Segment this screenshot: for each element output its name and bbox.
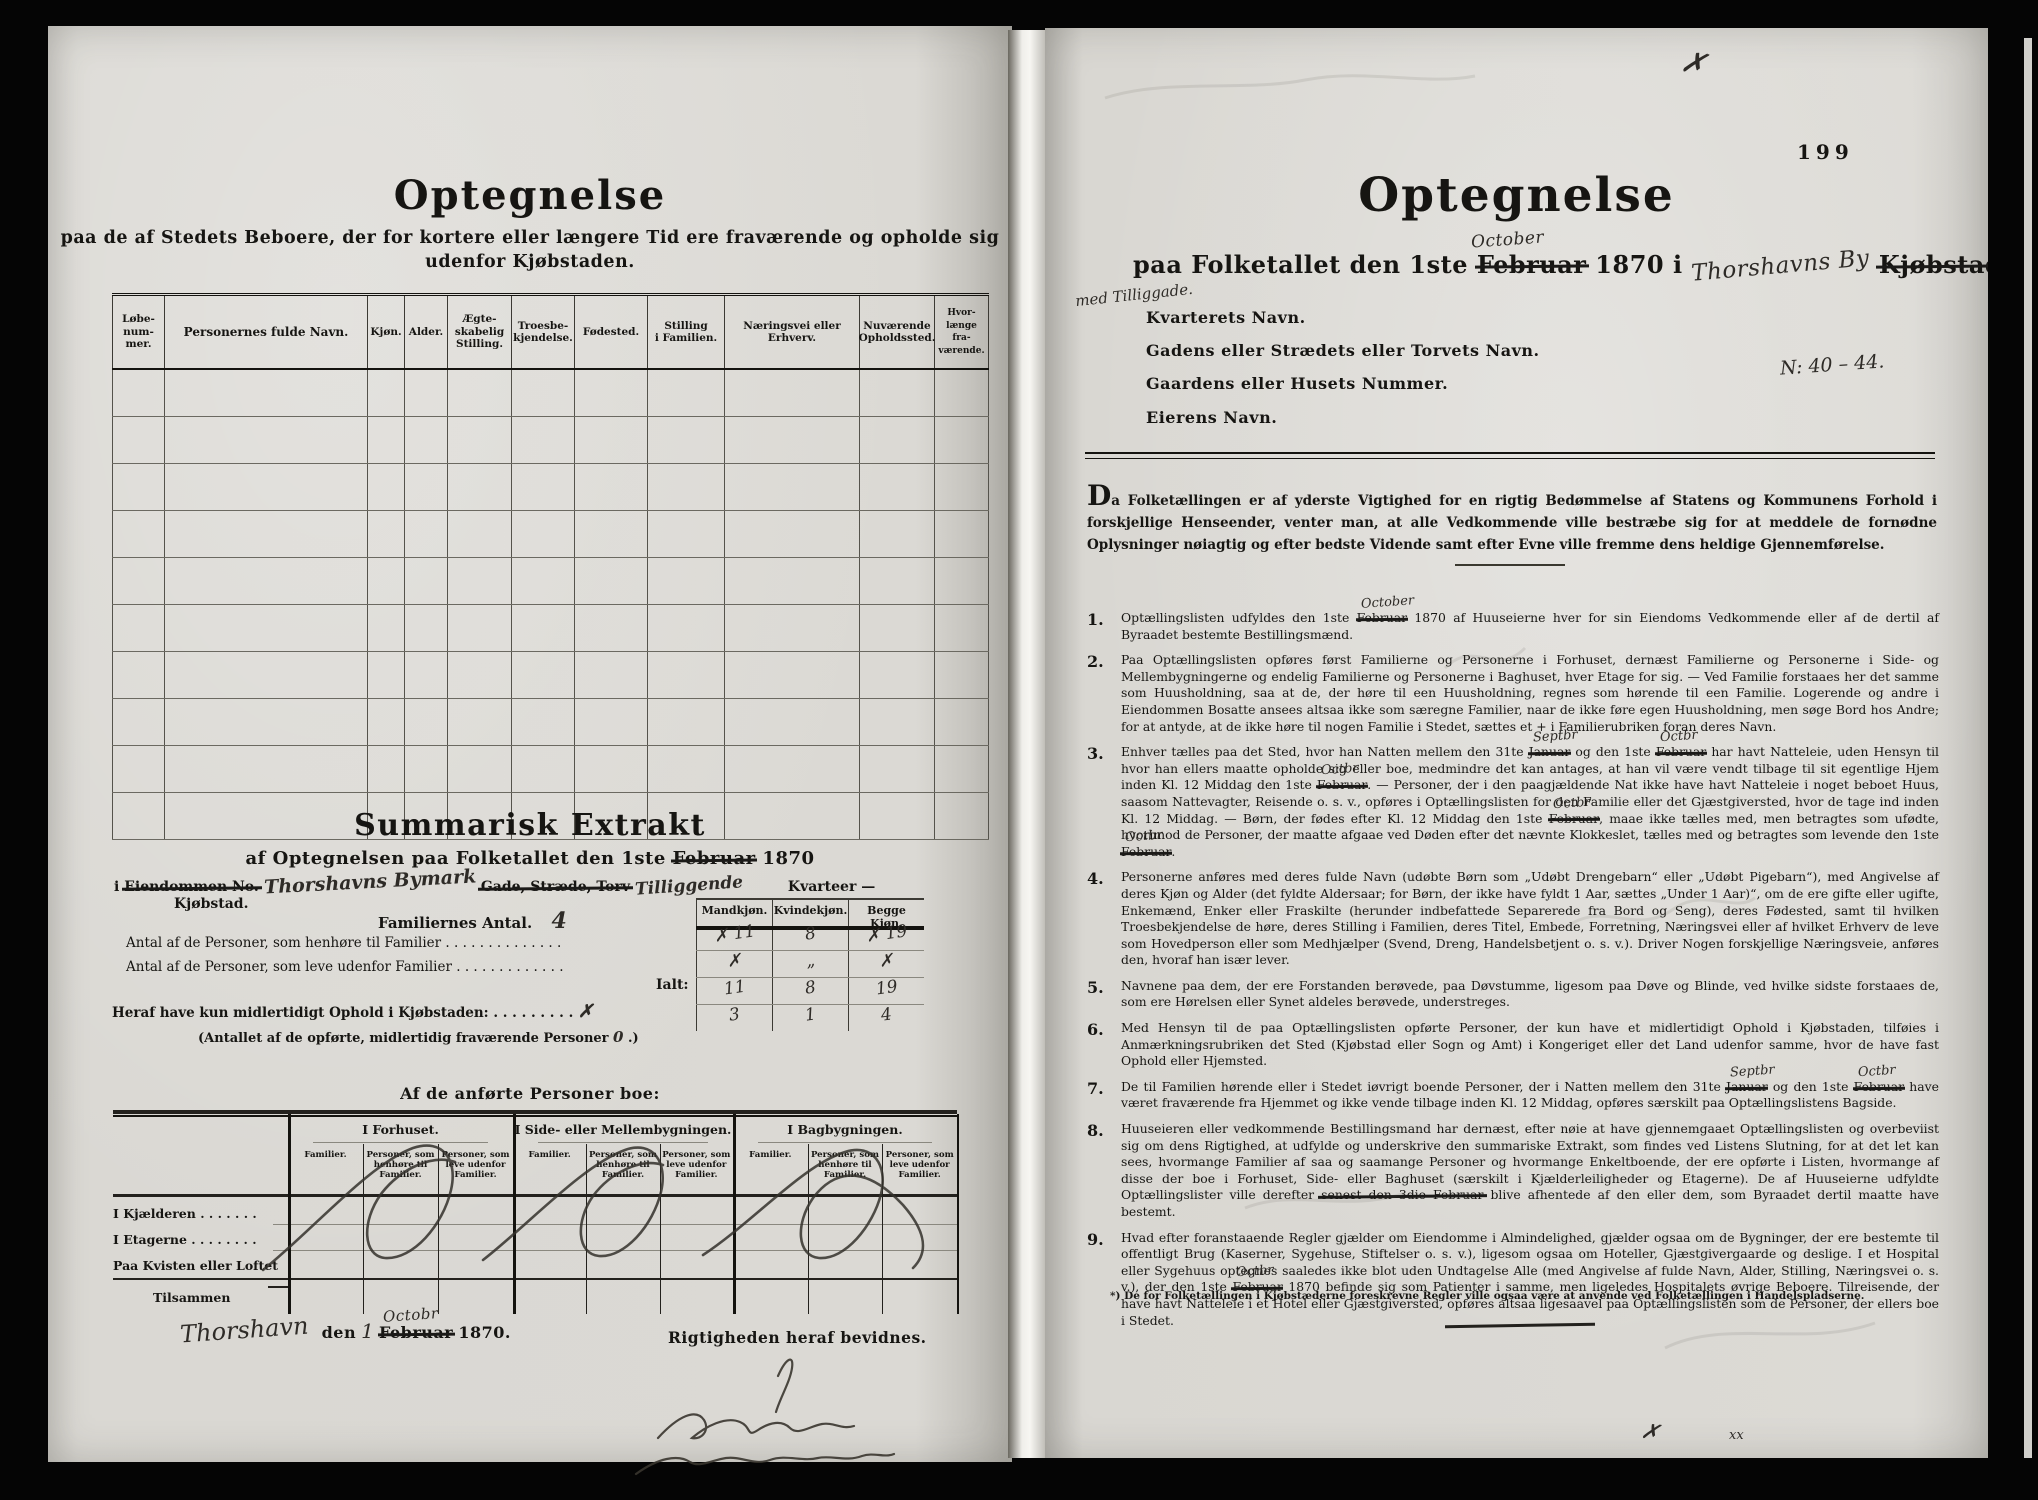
intro-paragraph: Da Folketællingen er af yderste Vigtighe… [1087,486,1937,556]
absence-col-header: Personernes fulde Navn. [165,296,368,368]
instruction-item: 9.Hvad efter foranstaaende Regler gjælde… [1087,1230,1939,1330]
absence-empty-cell [935,746,989,792]
absence-empty-cell [512,464,575,510]
handwritten-correction: Septbr [1532,728,1578,748]
absence-col-header: Kjøn. [368,296,405,368]
instruction-text: Personerne anføres med deres fulde Navn … [1121,869,1939,969]
absence-empty-cell [725,746,860,792]
absence-empty-cell [405,699,448,745]
attest-label: Rigtigheden heraf bevidnes. [668,1328,927,1347]
familiernes-antal-label: Familiernes Antal. [378,914,532,932]
instruction-number: 2. [1087,652,1121,735]
mini-handwritten-value: ✗ 19 [865,921,909,947]
field-eierens-navn: Eierens Navn. [1146,408,1277,427]
absence-empty-cell [112,699,165,745]
heraf-text: Heraf have kun midlertidigt Ophold i Kjø… [112,1005,573,1021]
absence-empty-cell [165,511,368,557]
absence-empty-cell [935,417,989,463]
residence-row-tilsammen: Tilsammen [153,1290,230,1305]
absence-empty-cell [648,464,725,510]
absence-empty-cell [860,652,935,698]
mini-handwritten-value: „ [805,950,817,971]
absence-empty-cell [405,746,448,792]
absence-empty-cell [648,511,725,557]
absence-empty-cell [860,558,935,604]
absence-col-header: Løbe- num- mer. [112,296,165,368]
signoff-year: 1870. [458,1323,511,1342]
absence-empty-cell [112,652,165,698]
struck-word: FebruarOctbr [1549,811,1599,826]
instruction-number: 5. [1087,978,1121,1011]
residence-subcol-header: Personer, som leve udenfor Familier. [882,1150,957,1180]
mini-handwritten-value: 4 [880,1004,894,1025]
loc-struck-gade: Gade, Stræde, Torv [481,879,630,895]
absence-empty-cell [405,464,448,510]
absence-empty-cell [725,370,860,416]
right-sub-struck-month: FebruarOctober [1477,250,1587,279]
absence-empty-cell [725,605,860,651]
absence-empty-cell [648,605,725,651]
handwritten-correction: Octbr [1552,794,1591,813]
instruction-item: 3.Enhver tælles paa det Sted, hvor han N… [1087,744,1939,860]
absence-empty-row [112,699,989,746]
instruction-number: 8. [1087,1121,1121,1221]
extract-heading: Summarisk Extrakt [48,808,1012,843]
absence-empty-cell [512,652,575,698]
handwritten-correction: Octbr [1236,1263,1275,1282]
absence-empty-cell [860,699,935,745]
absence-empty-cell [860,746,935,792]
absence-empty-cell [575,652,648,698]
right-page: ✗ 199 Optegnelse paa Folketallet den 1st… [1045,28,1988,1458]
page-number: 199 [1797,140,1854,164]
field-gadens-navn: Gadens eller Strædets eller Torvets Navn… [1146,341,1540,360]
left-page-title: Optegnelse [48,172,1012,219]
mini-value-cell: ✗ [696,951,772,977]
absence-col-header: Næringsvei eller Erhverv. [725,296,860,368]
absence-table: Løbe- num- mer.Personernes fulde Navn.Kj… [112,293,989,840]
absence-empty-cell [575,699,648,745]
instruction-text: Paa Optællingslisten opføres først Famil… [1121,652,1939,735]
absence-empty-cell [575,417,648,463]
instruction-item: 5.Navnene paa dem, der ere Forstanden be… [1087,978,1939,1011]
absence-empty-cell [368,558,405,604]
instruction-text: Hvad efter foranstaaende Regler gjælder … [1121,1230,1939,1330]
mini-value-row: ✗„✗ [696,951,924,978]
field-gaardens-nummer: Gaardens eller Husets Nummer. [1146,374,1448,393]
instruction-item: 8.Huuseieren eller vedkommende Bestillin… [1087,1121,1939,1221]
absence-empty-cell [860,605,935,651]
extract-note: (Antallet af de opførte, midlertidig fra… [198,1028,639,1046]
mini-col-header: Mandkjøn. [696,898,772,924]
handwritten-correction: Octbr [1857,1063,1896,1082]
residence-subcol-header: Personer, som leve udenfor Familier. [438,1150,513,1180]
handwritten-correction: Octbr [1659,728,1698,747]
absence-table-header: Løbe- num- mer.Personernes fulde Navn.Kj… [112,296,989,370]
heraf-handwritten-mark: ✗ [578,1001,593,1022]
footnote: *) De for Folketællingen i Kjøbstæderne … [1110,1290,1910,1302]
instruction-item: 6.Med Hensyn til de paa Optællingslisten… [1087,1020,1939,1070]
struck-word: JanuarSeptbr [1529,744,1571,759]
loc-handwritten-tilliggende: Tilliggende [634,872,743,899]
mini-handwritten-value: 11 [722,977,746,1000]
absence-empty-cell [725,652,860,698]
absence-empty-cell [935,699,989,745]
extract-sub-struck-month: Februar [673,848,756,869]
absence-empty-cell [512,558,575,604]
group-bagbygning: I Bagbygningen. [733,1122,957,1137]
absence-empty-cell [405,652,448,698]
left-subtitle-line1: paa de af Stedets Beboere, der for korte… [48,228,1012,248]
absence-empty-cell [725,511,860,557]
absence-empty-cell [448,558,512,604]
instruction-text: Huuseieren eller vedkommende Bestillings… [1121,1121,1939,1221]
absence-empty-cell [368,370,405,416]
absence-empty-cell [512,605,575,651]
struck-word: FebruarOctober [1357,610,1407,625]
mini-handwritten-value: ✗ [878,950,895,972]
instruction-list: 1.Optællingslisten udfyldes den 1ste Feb… [1087,610,1939,1338]
summary-mini-table: Mandkjøn.Kvindekjøn.Begge Kjøn. ✗ 118✗ 1… [696,898,924,1038]
absence-empty-cell [725,417,860,463]
absence-empty-cell [448,746,512,792]
absence-empty-cell [112,417,165,463]
handwritten-med-tilliggade: med Tilliggade. [1074,280,1193,310]
residence-subcol-header: Personer, som leve udenfor Familier. [660,1150,733,1180]
mini-value-row: 314 [696,1005,924,1031]
absence-empty-row [112,464,989,511]
instruction-number: 6. [1087,1020,1121,1070]
loc-kvarteer: Kvarteer — [788,879,875,895]
absence-empty-cell [448,511,512,557]
absence-empty-row [112,605,989,652]
left-page: Optegnelse paa de af Stedets Beboere, de… [48,26,1012,1462]
absence-empty-row [112,652,989,699]
absence-empty-cell [648,699,725,745]
next-page-edge [2024,38,2032,1458]
absence-empty-row [112,746,989,793]
mini-value-row: 11819 [696,978,924,1005]
right-sub-pre: paa Folketallet den 1ste [1133,250,1477,279]
mini-value-cell: 19 [848,978,924,1004]
absence-empty-cell [448,699,512,745]
scanned-census-spread: Optegnelse paa de af Stedets Beboere, de… [0,0,2038,1500]
signoff-day-handwritten: 1 [361,1319,374,1343]
extract-row1-label: Antal af de Personer, som henhøre til Fa… [126,935,561,951]
note-handwritten-zero: 0 [613,1028,623,1046]
right-sub-handwritten-month: October [1470,227,1544,252]
residence-subcol-header: Personer, som henhøre til Familier. [363,1150,438,1180]
absence-empty-cell [860,370,935,416]
right-sub-handwritten-place: Thorshavns By [1691,245,1871,286]
section-divider [1455,564,1565,566]
residence-subcol-header: Personer, som henhøre til Familier. [586,1150,659,1180]
handwritten-correction: Octbr [1124,827,1163,846]
loc-handwritten-place: Thorshavns Bymark [263,865,476,898]
absence-empty-cell [405,417,448,463]
instruction-number: 4. [1087,869,1121,969]
absence-empty-cell [112,511,165,557]
instruction-text: Optællingslisten udfyldes den 1ste Febru… [1121,610,1939,643]
instruction-text: Med Hensyn til de paa Optællingslisten o… [1121,1020,1939,1070]
extract-ialt-label: Ialt: [656,977,689,993]
absence-empty-cell [575,511,648,557]
familiernes-antal-value-handwritten: 4 [551,908,566,934]
struck-word: JanuarSeptbr [1726,1079,1768,1094]
signoff-line: Thorshavn den 1 FebruarOctobr 1870. [180,1316,511,1344]
absence-empty-cell [648,370,725,416]
mini-value-cell: 1 [772,1005,848,1031]
struck-word: FebruarOctbr [1317,777,1367,792]
absence-empty-cell [368,511,405,557]
intro-dropcap: D [1087,479,1111,512]
mini-table-header: Mandkjøn.Kvindekjøn.Begge Kjøn. [696,898,924,924]
absence-empty-cell [165,652,368,698]
residence-row-kvisten: Paa Kvisten eller Loftet [113,1258,278,1273]
instruction-number: 7. [1087,1079,1121,1112]
mini-value-cell: 3 [696,1005,772,1031]
absence-empty-cell [512,746,575,792]
handwritten-correction: Septbr [1729,1062,1775,1082]
absence-empty-cell [165,605,368,651]
instruction-number: 1. [1087,610,1121,643]
absence-empty-cell [648,417,725,463]
mini-handwritten-value: 1 [804,1004,818,1025]
absence-empty-cell [448,417,512,463]
absence-empty-cell [165,370,368,416]
field-kvarterets-navn: Kvarterets Navn. [1146,308,1306,327]
absence-empty-cell [512,511,575,557]
absence-empty-cell [935,605,989,651]
absence-empty-cell [165,417,368,463]
instruction-text: Navnene paa dem, der ere Forstanden berø… [1121,978,1939,1011]
absence-empty-cell [935,558,989,604]
absence-col-header: Fødested. [575,296,648,368]
absence-empty-cell [112,370,165,416]
struck-word: senest den 3die Februar [1321,1187,1483,1202]
instruction-item: 1.Optællingslisten udfyldes den 1ste Feb… [1087,610,1939,643]
instruction-text: De til Familien hørende eller i Stedet i… [1121,1079,1939,1112]
absence-empty-cell [935,370,989,416]
struck-word: FebruarOctbr [1121,844,1171,859]
absence-empty-cell [165,746,368,792]
absence-empty-cell [112,605,165,651]
absence-col-header: Stilling i Familien. [648,296,725,368]
handwritten-house-number: N: 40 – 44. [1779,350,1885,379]
mini-table-values: ✗ 118✗ 19✗„✗11819314 [696,924,924,1031]
signoff-month-struck: FebruarOctobr [379,1323,453,1342]
absence-empty-cell [405,370,448,416]
absence-empty-cell [368,417,405,463]
absence-col-header: Nuværende Opholdssted. [860,296,935,368]
absence-empty-row [112,558,989,605]
mini-value-cell: „ [772,951,848,977]
absence-empty-cell [165,558,368,604]
absence-empty-cell [860,511,935,557]
residence-subcol-header: Personer, som henhøre til Familier. [808,1150,883,1180]
absence-empty-cell [448,652,512,698]
absence-empty-cell [368,746,405,792]
mini-handwritten-value: 3 [728,1004,742,1025]
mini-col-header: Kvindekjøn. [772,898,848,924]
extract-heraf-label: Heraf have kun midlertidigt Ophold i Kjø… [112,1001,593,1022]
absence-empty-cell [575,605,648,651]
instruction-item: 2.Paa Optællingslisten opføres først Fam… [1087,652,1939,735]
extract-subheading: af Optegnelsen paa Folketallet den 1ste … [48,848,1012,869]
residence-subcol-header: Familier. [733,1150,808,1160]
absence-empty-cell [405,511,448,557]
handwritten-xx-bottom: xx [1729,1428,1744,1443]
left-subtitle-line2: udenfor Kjøbstaden. [48,252,1012,272]
handwritten-correction: October [1360,593,1414,613]
absence-empty-cell [935,652,989,698]
absence-empty-cell [112,558,165,604]
absence-empty-row [112,511,989,558]
absence-empty-cell [935,464,989,510]
handwritten-x-top: ✗ [1678,44,1710,83]
signoff-den: den [322,1323,357,1342]
absence-empty-cell [448,605,512,651]
mini-value-cell: 4 [848,1005,924,1031]
residence-row-kjaelderen: I Kjælderen . . . . . . . [113,1206,257,1221]
double-rule [1085,452,1935,459]
instruction-number: 3. [1087,744,1121,860]
mini-value-cell: ✗ [848,951,924,977]
absence-empty-cell [112,464,165,510]
instruction-text: Enhver tælles paa det Sted, hvor han Nat… [1121,744,1939,860]
absence-empty-cell [368,652,405,698]
note-pre: (Antallet af de opførte, midlertidig fra… [198,1031,613,1046]
absence-empty-cell [368,605,405,651]
mini-value-cell: 11 [696,978,772,1004]
residence-row-etagerne: I Etagerne . . . . . . . . [113,1232,257,1247]
mini-value-cell: 8 [772,978,848,1004]
group-forhuset: I Forhuset. [288,1122,513,1137]
instruction-item: 7.De til Familien hørende eller i Stedet… [1087,1079,1939,1112]
absence-empty-cell [725,464,860,510]
signoff-month-handwritten: Octobr [382,1304,439,1326]
signoff-place-handwritten: Thorshavn [179,1312,309,1349]
absence-col-header: Alder. [405,296,448,368]
absence-empty-cell [935,511,989,557]
group-sidebygning: I Side- eller Mellembygningen. [513,1122,733,1137]
note-post: .) [623,1031,638,1046]
handwritten-x-bottom: ✗ [1639,1419,1661,1447]
absence-empty-cell [725,558,860,604]
loc-kjobstad: Kjøbstad. [174,896,248,912]
handwritten-correction: Octbr [1320,761,1359,780]
residence-subcol-header: Familier. [513,1150,586,1160]
absence-col-header: Hvor- længe fra- værende. [935,296,989,368]
book-fore-edge [1008,30,1048,1458]
mini-value-row: ✗ 118✗ 19 [696,924,924,951]
instruction-number: 9. [1087,1230,1121,1330]
absence-empty-cell [405,605,448,651]
absence-empty-cell [165,699,368,745]
absence-empty-cell [368,464,405,510]
absence-col-header: Ægte- skabelig Stilling. [448,296,512,368]
absence-col-header: Troesbe- kjendelse. [512,296,575,368]
right-sub-mid: 1870 i [1586,250,1691,279]
absence-empty-cell [165,464,368,510]
absence-empty-cell [860,417,935,463]
absence-empty-cell [405,558,448,604]
mini-handwritten-value: ✗ [726,950,743,972]
residence-title: Af de anførte Personer boe: [48,1084,1012,1103]
absence-empty-cell [575,370,648,416]
right-sub-struck-kjobstad: Kjøbstad [1879,250,2002,279]
absence-empty-cell [368,699,405,745]
struck-word: FebruarOctbr [1854,1079,1904,1094]
absence-empty-cell [648,558,725,604]
absence-empty-cell [575,558,648,604]
extract-row2-label: Antal af de Personer, som leve udenfor F… [126,959,564,975]
absence-empty-cell [448,370,512,416]
absence-empty-cell [512,417,575,463]
signature-handwriting [618,1346,958,1496]
right-subtitle: paa Folketallet den 1ste FebruarOctober … [1133,250,2038,279]
absence-empty-cell [575,746,648,792]
absence-empty-cell [648,652,725,698]
extract-sub-year: 1870 [756,848,815,869]
residence-subcol-header: Familier. [288,1150,363,1160]
mini-handwritten-value: 19 [874,977,898,1000]
absence-empty-row [112,370,989,417]
mini-handwritten-value: 8 [804,977,818,998]
absence-table-body [112,370,989,840]
absence-empty-row [112,417,989,464]
absence-empty-cell [860,464,935,510]
absence-empty-cell [448,464,512,510]
instruction-item: 4.Personerne anføres med deres fulde Nav… [1087,869,1939,969]
residence-table: I Forhuset. I Side- eller Mellembygninge… [113,1110,957,1320]
right-page-title: Optegnelse [1045,168,1988,223]
absence-empty-cell [512,370,575,416]
absence-empty-cell [648,746,725,792]
mini-handwritten-value: ✗ 11 [713,921,757,947]
struck-word: FebruarOctbr [1656,744,1706,759]
absence-empty-cell [512,699,575,745]
absence-empty-cell [725,699,860,745]
familiernes-antal: Familiernes Antal. 4 [378,908,567,934]
absence-empty-cell [112,746,165,792]
absence-empty-cell [575,464,648,510]
loc-struck-eiendommen: Eiendommen No. [124,879,259,895]
mini-col-header: Begge Kjøn. [848,898,924,924]
